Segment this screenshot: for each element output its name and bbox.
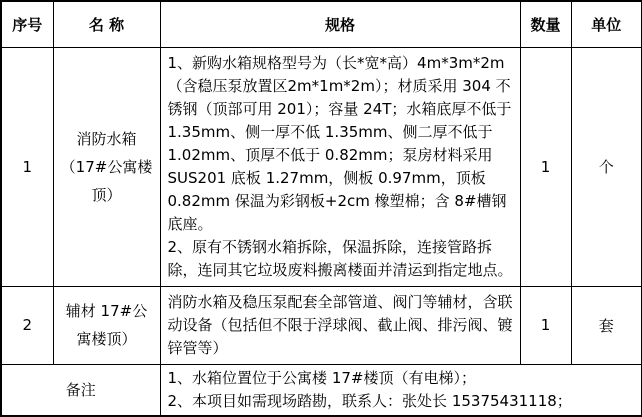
specification-cell: 1、新购水箱规格型号为（长*宽*高）4m*3m*2m（含稳压泵放置区2m*1m*…: [160, 47, 520, 286]
spec-paragraph-1: 1、新购水箱规格型号为（长*宽*高）4m*3m*2m（含稳压泵放置区2m*1m*…: [168, 52, 513, 236]
col-header-unit: 单位: [571, 1, 642, 47]
quantity-cell: 1: [520, 286, 571, 364]
col-header-specification: 规格: [160, 1, 520, 47]
procurement-spec-table: 序号 名 称 规格 数量 单位 1 消防水箱（17#公寓楼顶） 1、新购水箱规格…: [0, 0, 642, 417]
unit-cell: 个: [571, 47, 642, 286]
serial-no-cell: 1: [1, 47, 53, 286]
header-row: 序号 名 称 规格 数量 单位: [1, 1, 642, 47]
remark-label-cell: 备注: [1, 364, 160, 416]
table-row-auxiliary-materials: 2 辅材 17#公寓楼顶） 消防水箱及稳压泵配套全部管道、阀门等辅材，含联动设备…: [1, 286, 642, 364]
col-header-quantity: 数量: [520, 1, 571, 47]
remark-line-2: 2、本项目如需现场踏勘，联系人：张处长 15375431118；: [168, 390, 635, 413]
col-header-serial-no: 序号: [1, 1, 53, 47]
item-name-cell: 消防水箱（17#公寓楼顶）: [53, 47, 160, 286]
quantity-cell: 1: [520, 47, 571, 286]
serial-no-cell: 2: [1, 286, 53, 364]
table-row-fire-water-tank: 1 消防水箱（17#公寓楼顶） 1、新购水箱规格型号为（长*宽*高）4m*3m*…: [1, 47, 642, 286]
spec-paragraph-2: 2、原有不锈钢水箱拆除，保温拆除，连接管路拆除，连同其它垃圾废料搬离楼面并清运到…: [168, 236, 513, 282]
remark-line-1: 1、水箱位置位于公寓楼 17#楼顶（有电梯）；: [168, 367, 635, 390]
spec-paragraph-1: 消防水箱及稳压泵配套全部管道、阀门等辅材，含联动设备（包括但不限于浮球阀、截止阀…: [168, 291, 513, 360]
unit-cell: 套: [571, 286, 642, 364]
specification-cell: 消防水箱及稳压泵配套全部管道、阀门等辅材，含联动设备（包括但不限于浮球阀、截止阀…: [160, 286, 520, 364]
item-name-cell: 辅材 17#公寓楼顶）: [53, 286, 160, 364]
remark-row: 备注 1、水箱位置位于公寓楼 17#楼顶（有电梯）； 2、本项目如需现场踏勘，联…: [1, 364, 642, 416]
col-header-name: 名 称: [53, 1, 160, 47]
remark-content-cell: 1、水箱位置位于公寓楼 17#楼顶（有电梯）； 2、本项目如需现场踏勘，联系人：…: [160, 364, 642, 416]
